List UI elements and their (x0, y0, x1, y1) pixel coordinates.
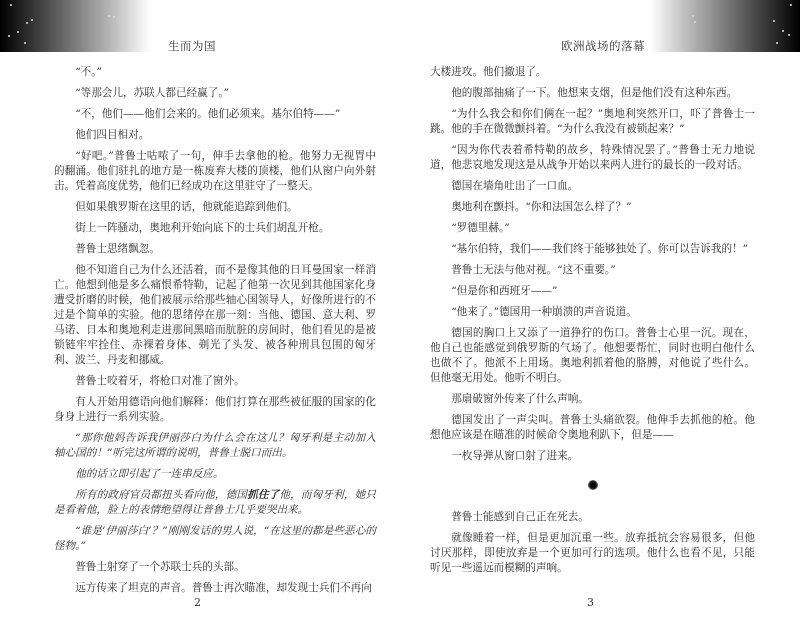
flashback-paragraph: 他的话立即引起了一连串反应。 (54, 467, 376, 482)
running-head: 欧洲战场的落幕 (561, 38, 645, 54)
paragraph: 远方传来了坦克的声音。普鲁士再次瞄准，却发现士兵们不再向 (54, 581, 376, 596)
flashback-paragraph: “那你他妈告诉我伊丽莎白为什么会在这儿？匈牙利是主动加入轴心国的！”听完这所谓的… (54, 431, 376, 461)
paragraph: 有人开始用德语向他们解释：他们打算在那些被征服的国家的化身身上进行一系列实验。 (54, 395, 376, 425)
paragraph: 就像睡着一样，但是更加沉重一些。放弃抵抗会容易很多，但他讨厌那样，即使放弃是一个… (430, 531, 755, 576)
text-run: 所有的政府官员都扭头看向他，德国 (75, 489, 247, 501)
paragraph: 普鲁士能感到自己正在死去。 (430, 510, 755, 525)
page-body: “不。” “等那会儿，苏联人都已经赢了。” “不，他们——他们会来的。他们必须来… (54, 65, 376, 602)
paragraph: “为什么我会和你们俩在一起？”奥地利突然开口，吓了普鲁士一跳。他的手在微微颤抖着… (430, 107, 755, 137)
paragraph: 普鲁士思绪飘忽。 (54, 242, 376, 257)
star-speck-icon (776, 42, 778, 44)
star-speck-icon (24, 42, 26, 44)
ink-blot-ornament-icon (588, 480, 598, 490)
star-speck-icon (31, 19, 33, 21)
star-speck-icon (108, 15, 110, 17)
star-speck-icon (17, 31, 19, 33)
paragraph: “罗德里赫。” (430, 221, 755, 236)
header-gradient-band (650, 0, 800, 52)
paragraph: “不，他们——他们会来的。他们必须来。基尔伯特——” (54, 107, 376, 122)
star-speck-icon (790, 4, 792, 6)
paragraph: “不。” (54, 65, 376, 80)
paragraph: “但是你和西班牙——” (430, 284, 755, 299)
paragraph: 他不知道自己为什么还活着，而不是像其他的日耳曼国家一样消亡。他想到他是多么痛恨希… (54, 263, 376, 368)
paragraph: 德国发出了一声尖叫。普鲁士头痛欲裂。他伸手去抓他的枪。他想他应该是在瞄准的时候命… (430, 413, 755, 443)
star-speck-icon (782, 30, 784, 32)
page-body: 大楼进攻。他们撤退了。 他的腹部抽痛了一下。他想来支烟，但是他们没有这种东西。 … (430, 65, 755, 582)
paragraph: “等那会儿，苏联人都已经赢了。” (54, 86, 376, 101)
paragraph-continuation: 大楼进攻。他们撤退了。 (430, 65, 755, 80)
star-speck-icon (773, 20, 775, 22)
paragraph: “因为你代表着希特勒的故乡，特殊情况罢了。”普鲁士无力地说道，他悲哀地发现这是从… (430, 143, 755, 173)
paragraph: 奥地利在颤抖。“你和法国怎么样了？” (430, 200, 755, 215)
star-speck-icon (26, 22, 28, 24)
paragraph: “好吧。”普鲁士咕哝了一句，伸手去拿他的枪。他努力无视胃中的翻涌。他们驻扎的地方… (54, 149, 376, 194)
star-speck-icon (692, 15, 694, 17)
star-speck-icon (10, 4, 12, 6)
paragraph: 但如果俄罗斯在这里的话，他就能追踪到他们。 (54, 200, 376, 215)
paragraph: 街上一阵骚动，奥地利开始向底下的士兵们胡乱开枪。 (54, 221, 376, 236)
paragraph: 普鲁士射穿了一个苏联士兵的头部。 (54, 560, 376, 575)
star-speck-icon (8, 35, 10, 37)
right-page: 欧洲战场的落幕 大楼进攻。他们撤退了。 他的腹部抽痛了一下。他想来支烟，但是他们… (400, 0, 800, 618)
page-number: 2 (194, 596, 201, 609)
page-number: 3 (587, 596, 594, 609)
star-speck-icon (788, 34, 790, 36)
emphasis-bold: 抓住了 (247, 489, 279, 501)
left-page: 生而为国 “不。” “等那会儿，苏联人都已经赢了。” “不，他们——他们会来的。… (0, 0, 400, 618)
paragraph: 德国在墙角吐出了一口血。 (430, 179, 755, 194)
paragraph: 普鲁士无法与他对视。“这不重要。” (430, 263, 755, 278)
paragraph: 他的腹部抽痛了一下。他想来支烟，但是他们没有这种东西。 (430, 86, 755, 101)
paragraph: 他们四目相对。 (54, 128, 376, 143)
paragraph: 一枚导弹从窗口射了进来。 (430, 449, 755, 464)
header-gradient-band (0, 0, 150, 52)
flashback-paragraph: “谁是‘伊丽莎白’？”刚刚发话的男人说，“在这里的都是些恶心的怪物。” (54, 524, 376, 554)
star-speck-icon (694, 21, 696, 23)
paragraph: 普鲁士咬着牙，将枪口对准了窗外。 (54, 374, 376, 389)
star-speck-icon (113, 16, 115, 18)
paragraph: 那扇破窗外传来了什么声响。 (430, 392, 755, 407)
paragraph: “基尔伯特，我们——我们终于能够独处了。你可以告诉我的！” (430, 242, 755, 257)
flashback-paragraph: 所有的政府官员都扭头看向他，德国抓住了他，而匈牙利，她只是看着他，脸上的表情绝望… (54, 488, 376, 518)
running-head: 生而为国 (168, 38, 216, 54)
paragraph: 德国的胸口上又添了一道狰狞的伤口。普鲁士心里一沉。现在，他自己也能感觉到俄罗斯的… (430, 326, 755, 386)
paragraph: “他来了。”德国用一种崩溃的声音说道。 (430, 305, 755, 320)
